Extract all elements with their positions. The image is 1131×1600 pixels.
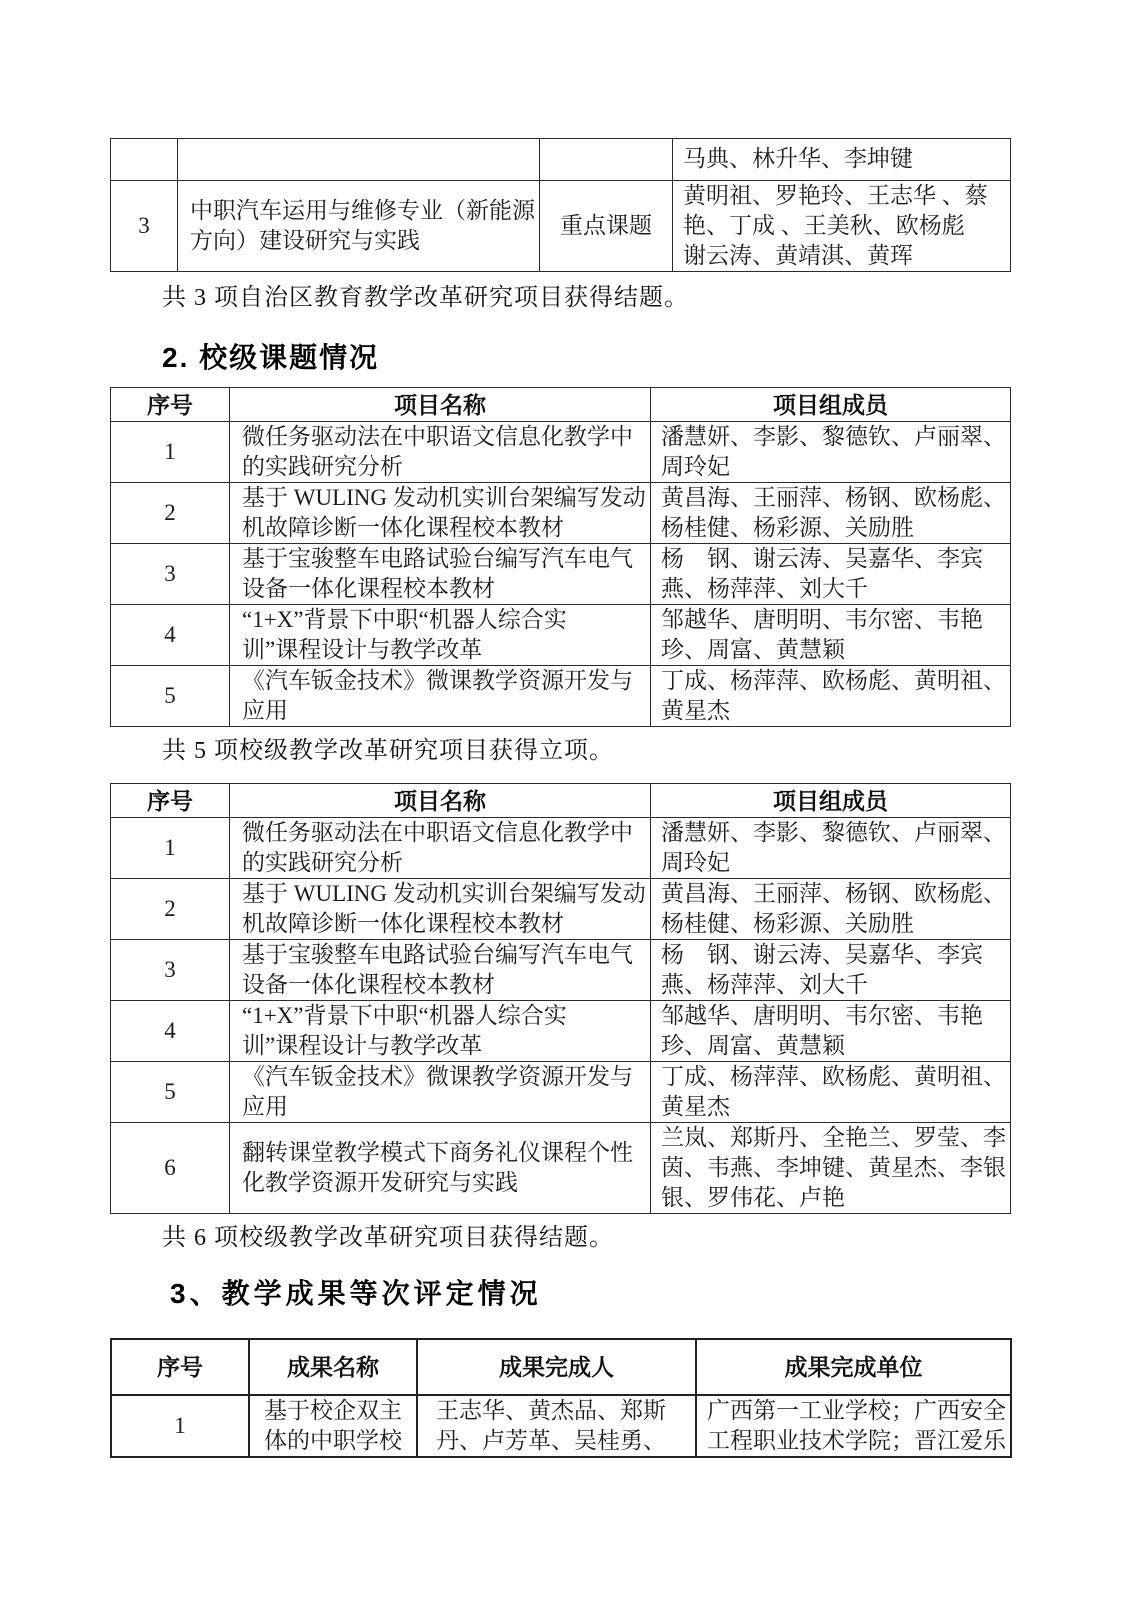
cell: 3 (111, 940, 230, 1001)
cell: 马典、林升华、李坤键 (673, 139, 1011, 181)
cell: 潘慧妍、李影、黎德钦、卢丽翠、 周玲妃 (651, 818, 1011, 879)
table-provincial-projects-continued: 马典、林升华、李坤键3中职汽车运用与维修专业（新能源 方向）建设研究与实践重点课… (110, 138, 1011, 272)
cell: 丁成、杨萍萍、欧杨彪、黄明祖、 黄星杰 (651, 666, 1011, 727)
cell: 微任务驱动法在中职语文信息化教学中 的实践研究分析 (230, 818, 651, 879)
cell: 2 (111, 879, 230, 940)
column-header: 序号 (111, 1339, 249, 1395)
summary-provincial-concluded: 共 3 项自治区教育教学改革研究项目获得结题。 (162, 283, 689, 313)
column-header: 成果完成人 (417, 1339, 696, 1395)
cell: 重点课题 (540, 181, 673, 272)
table-row: 2基于 WULING 发动机实训台架编写发动 机故障诊断一体化课程校本教材黄昌海… (111, 879, 1011, 940)
cell: 3 (111, 181, 178, 272)
document-page: 马典、林升华、李坤键3中职汽车运用与维修专业（新能源 方向）建设研究与实践重点课… (0, 0, 1131, 1600)
table-row: 3基于宝骏整车电路试验台编写汽车电气 设备一体化课程校本教材杨 钢、谢云涛、吴嘉… (111, 940, 1011, 1001)
cell: 基于校企双主 体的中职学校 (249, 1395, 417, 1457)
cell: 潘慧妍、李影、黎德钦、卢丽翠、 周玲妃 (651, 422, 1011, 483)
section-heading-teaching-achievements: 3、教学成果等次评定情况 (170, 1278, 542, 1310)
table-row: 3中职汽车运用与维修专业（新能源 方向）建设研究与实践重点课题黄明祖、罗艳玲、王… (111, 181, 1011, 272)
cell: 邹越华、唐明明、韦尔密、韦艳 珍、周富、黄慧颖 (651, 1001, 1011, 1062)
column-header: 项目组成员 (651, 388, 1011, 422)
cell: 4 (111, 605, 230, 666)
table-row: 6翻转课堂教学模式下商务礼仪课程个性 化教学资源开发研究与实践兰岚、郑斯丹、全艳… (111, 1123, 1011, 1214)
cell: 《汽车钣金技术》微课教学资源开发与 应用 (230, 1062, 651, 1123)
summary-school-approved: 共 5 项校级教学改革研究项目获得立项。 (162, 736, 614, 766)
section-heading-school-projects: 2. 校级课题情况 (162, 342, 379, 374)
cell: 6 (111, 1123, 230, 1214)
cell: 杨 钢、谢云涛、吴嘉华、李宾 燕、杨萍萍、刘大千 (651, 940, 1011, 1001)
cell: 基于宝骏整车电路试验台编写汽车电气 设备一体化课程校本教材 (230, 544, 651, 605)
table-row: 1微任务驱动法在中职语文信息化教学中 的实践研究分析潘慧妍、李影、黎德钦、卢丽翠… (111, 818, 1011, 879)
cell: 黄昌海、王丽萍、杨钢、欧杨彪、 杨桂健、杨彩源、关励胜 (651, 879, 1011, 940)
cell (178, 139, 540, 181)
table-row: 2基于 WULING 发动机实训台架编写发动 机故障诊断一体化课程校本教材黄昌海… (111, 483, 1011, 544)
column-header: 项目组成员 (651, 784, 1011, 818)
cell: 中职汽车运用与维修专业（新能源 方向）建设研究与实践 (178, 181, 540, 272)
cell (540, 139, 673, 181)
cell: 基于 WULING 发动机实训台架编写发动 机故障诊断一体化课程校本教材 (230, 483, 651, 544)
cell: 1 (111, 818, 230, 879)
column-header: 成果名称 (249, 1339, 417, 1395)
cell: 广西第一工业学校；广西安全 工程职业技术学院；晋江爱乐 (696, 1395, 1011, 1457)
table-school-projects-concluded: 序号项目名称项目组成员1微任务驱动法在中职语文信息化教学中 的实践研究分析潘慧妍… (110, 783, 1011, 1214)
cell (111, 139, 178, 181)
table-row: 1基于校企双主 体的中职学校王志华、黄杰品、郑斯 丹、卢芳革、吴桂勇、广西第一工… (111, 1395, 1011, 1457)
table-row: 1微任务驱动法在中职语文信息化教学中 的实践研究分析潘慧妍、李影、黎德钦、卢丽翠… (111, 422, 1011, 483)
table-row: 5《汽车钣金技术》微课教学资源开发与 应用丁成、杨萍萍、欧杨彪、黄明祖、 黄星杰 (111, 666, 1011, 727)
table-row: 4“1+X”背景下中职“机器人综合实 训”课程设计与教学改革邹越华、唐明明、韦尔… (111, 605, 1011, 666)
cell: 黄昌海、王丽萍、杨钢、欧杨彪、 杨桂健、杨彩源、关励胜 (651, 483, 1011, 544)
cell: 《汽车钣金技术》微课教学资源开发与 应用 (230, 666, 651, 727)
cell: 黄明祖、罗艳玲、王志华 、蔡 艳、丁成 、王美秋、欧杨彪 谢云涛、黄靖淇、黄珲 (673, 181, 1011, 272)
cell: 3 (111, 544, 230, 605)
cell: 杨 钢、谢云涛、吴嘉华、李宾 燕、杨萍萍、刘大千 (651, 544, 1011, 605)
table-row: 5《汽车钣金技术》微课教学资源开发与 应用丁成、杨萍萍、欧杨彪、黄明祖、 黄星杰 (111, 1062, 1011, 1123)
cell: 王志华、黄杰品、郑斯 丹、卢芳革、吴桂勇、 (417, 1395, 696, 1457)
cell: 5 (111, 1062, 230, 1123)
table-row: 4“1+X”背景下中职“机器人综合实 训”课程设计与教学改革邹越华、唐明明、韦尔… (111, 1001, 1011, 1062)
table-teaching-achievements: 序号成果名称成果完成人成果完成单位1基于校企双主 体的中职学校王志华、黄杰品、郑… (110, 1338, 1012, 1458)
cell: 翻转课堂教学模式下商务礼仪课程个性 化教学资源开发研究与实践 (230, 1123, 651, 1214)
cell: 2 (111, 483, 230, 544)
cell: 4 (111, 1001, 230, 1062)
cell: 基于宝骏整车电路试验台编写汽车电气 设备一体化课程校本教材 (230, 940, 651, 1001)
table-row: 马典、林升华、李坤键 (111, 139, 1011, 181)
column-header: 成果完成单位 (696, 1339, 1011, 1395)
cell: 丁成、杨萍萍、欧杨彪、黄明祖、 黄星杰 (651, 1062, 1011, 1123)
column-header: 项目名称 (230, 388, 651, 422)
cell: 基于 WULING 发动机实训台架编写发动 机故障诊断一体化课程校本教材 (230, 879, 651, 940)
cell: 1 (111, 1395, 249, 1457)
column-header: 序号 (111, 784, 230, 818)
cell: 1 (111, 422, 230, 483)
cell: 5 (111, 666, 230, 727)
cell: “1+X”背景下中职“机器人综合实 训”课程设计与教学改革 (230, 605, 651, 666)
column-header: 项目名称 (230, 784, 651, 818)
cell: 邹越华、唐明明、韦尔密、韦艳 珍、周富、黄慧颖 (651, 605, 1011, 666)
cell: 兰岚、郑斯丹、全艳兰、罗莹、李 茵、韦燕、李坤键、黄星杰、李银 银、罗伟花、卢艳 (651, 1123, 1011, 1214)
cell: “1+X”背景下中职“机器人综合实 训”课程设计与教学改革 (230, 1001, 651, 1062)
cell: 微任务驱动法在中职语文信息化教学中 的实践研究分析 (230, 422, 651, 483)
summary-school-concluded: 共 6 项校级教学改革研究项目获得结题。 (162, 1223, 614, 1253)
table-school-projects-approved: 序号项目名称项目组成员1微任务驱动法在中职语文信息化教学中 的实践研究分析潘慧妍… (110, 387, 1011, 727)
table-row: 3基于宝骏整车电路试验台编写汽车电气 设备一体化课程校本教材杨 钢、谢云涛、吴嘉… (111, 544, 1011, 605)
column-header: 序号 (111, 388, 230, 422)
